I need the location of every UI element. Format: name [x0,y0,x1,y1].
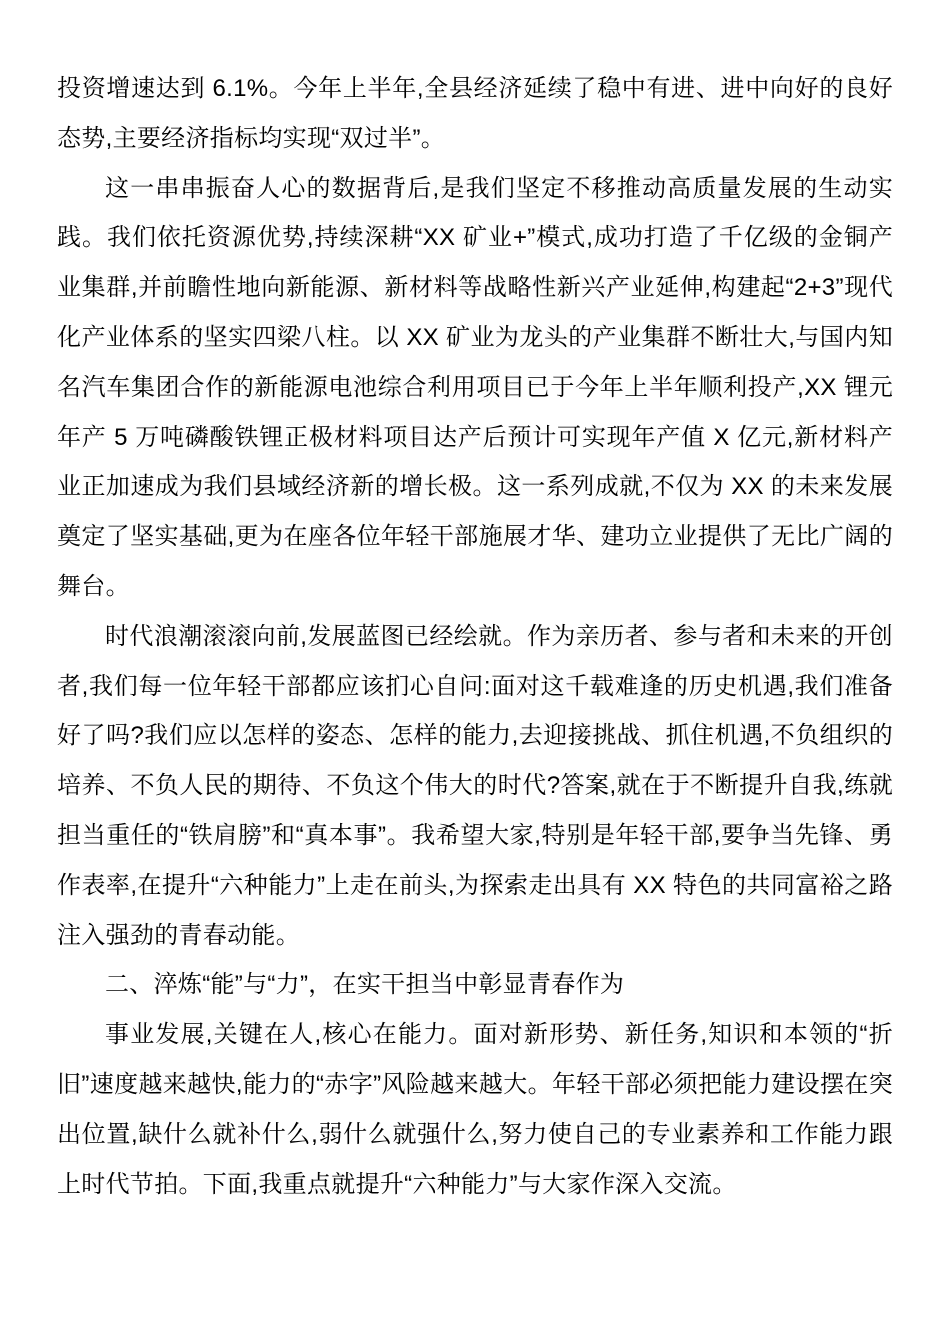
section-heading-part-two: 二、淬炼“能”与“力”，在实干担当中彰显青春作为 [57,960,893,1010]
paragraph-ability-building: 事业发展,关键在人,核心在能力。面对新形势、新任务,知识和本领的“折旧”速度越来… [57,1010,893,1209]
paragraph-economic-indicators: 投资增速达到 6.1%。今年上半年,全县经济延续了稳中有进、进中向好的良好态势,… [57,64,893,164]
document-body: 投资增速达到 6.1%。今年上半年,全县经济延续了稳中有进、进中向好的良好态势,… [57,64,893,1209]
document-page: 投资增速达到 6.1%。今年上半年,全县经济延续了稳中有进、进中向好的良好态势,… [0,0,950,1344]
paragraph-industry-achievements: 这一串串振奋人心的数据背后,是我们坚定不移推动高质量发展的生动实践。我们依托资源… [57,164,893,612]
paragraph-call-to-young-cadres: 时代浪潮滚滚向前,发展蓝图已经绘就。作为亲历者、参与者和未来的开创者,我们每一位… [57,612,893,961]
